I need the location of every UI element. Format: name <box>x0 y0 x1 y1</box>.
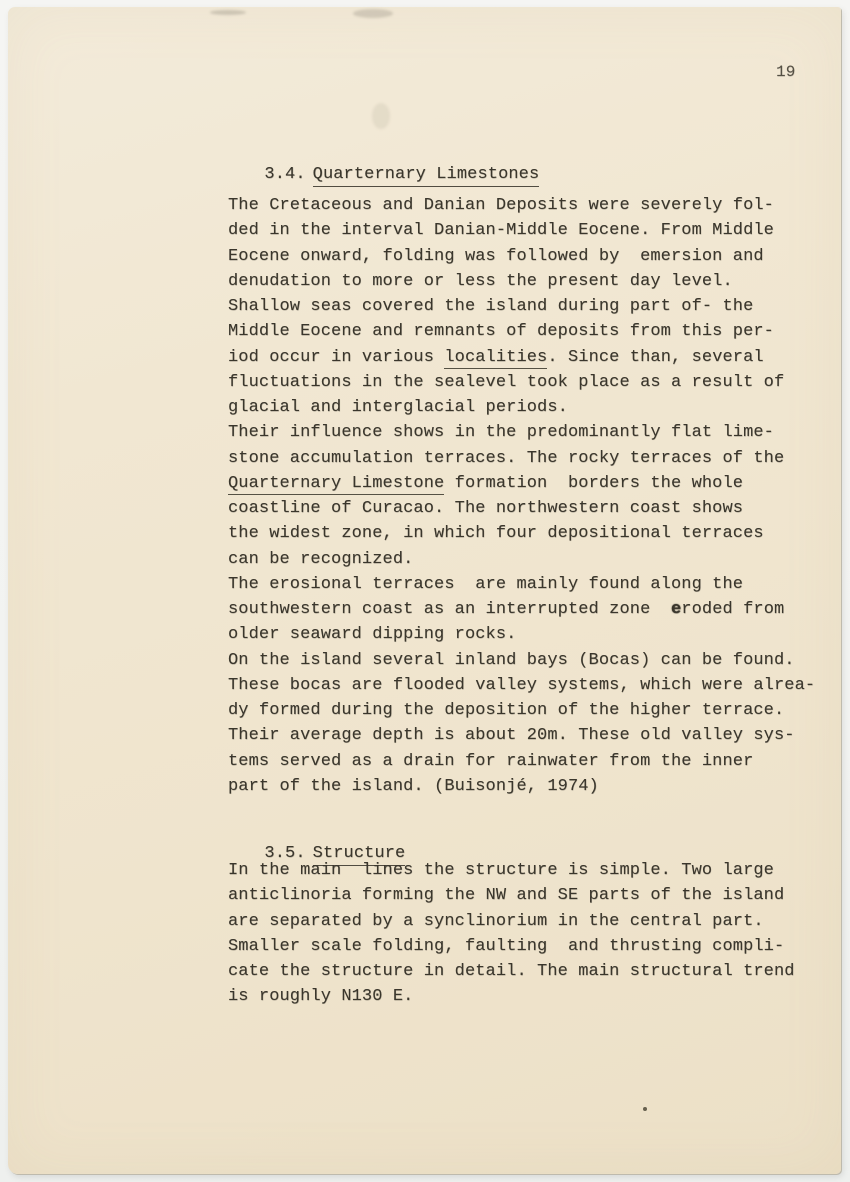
text-line: ded in the interval Danian-Middle Eocene… <box>228 218 815 243</box>
page-number: 19 <box>776 63 795 81</box>
text-line: older seaward dipping rocks. <box>228 622 815 647</box>
ink-speck <box>643 1107 647 1111</box>
text-line: the widest zone, in which four depositio… <box>228 521 815 546</box>
faint-smudge-above-heading <box>372 103 390 129</box>
text-line: Smaller scale folding, faulting and thru… <box>228 934 795 959</box>
pencil-smudge-top-left <box>210 10 246 15</box>
text-line: can be recognized. <box>228 547 815 572</box>
text-line: tems served as a drain for rainwater fro… <box>228 749 815 774</box>
text-line: Quarternary Limestone formation borders … <box>228 471 815 496</box>
text-line: denudation to more or less the present d… <box>228 269 815 294</box>
text-line: Middle Eocene and remnants of deposits f… <box>228 319 815 344</box>
section-number: 3.4. <box>264 165 305 184</box>
text-line: On the island several inland bays (Bocas… <box>228 648 815 673</box>
text-line: coastline of Curacao. The northwestern c… <box>228 496 815 521</box>
section-3-5-body: In the main lines the structure is simpl… <box>228 858 795 1010</box>
text-line: glacial and interglacial periods. <box>228 395 815 420</box>
text-line: southwestern coast as an interrupted zon… <box>228 597 815 622</box>
text-line: stone accumulation terraces. The rocky t… <box>228 446 815 471</box>
pencil-smudge-top-center <box>353 9 393 18</box>
text-line: anticlinoria forming the NW and SE parts… <box>228 883 795 908</box>
text-line: Their average depth is about 20m. These … <box>228 723 815 748</box>
text-line: cate the structure in detail. The main s… <box>228 959 795 984</box>
text-line: Shallow seas covered the island during p… <box>228 294 815 319</box>
text-line: Eocene onward, folding was followed by e… <box>228 244 815 269</box>
section-title: Quarternary Limestones <box>313 165 540 187</box>
text-line: dy formed during the deposition of the h… <box>228 698 815 723</box>
text-line: is roughly N130 E. <box>228 984 795 1009</box>
text-line: part of the island. (Buisonjé, 1974) <box>228 774 815 799</box>
text-line: are separated by a synclinorium in the c… <box>228 909 795 934</box>
text-line: iod occur in various localities. Since t… <box>228 345 815 370</box>
text-line: The erosional terraces are mainly found … <box>228 572 815 597</box>
text-line: In the main lines the structure is simpl… <box>228 858 795 883</box>
scan-background: 19 3.4.Quarternary Limestones The Cretac… <box>0 0 850 1182</box>
text-line: Their influence shows in the predominant… <box>228 420 815 445</box>
text-line: The Cretaceous and Danian Deposits were … <box>228 193 815 218</box>
text-line: These bocas are flooded valley systems, … <box>228 673 815 698</box>
text-line: fluctuations in the sealevel took place … <box>228 370 815 395</box>
section-3-4-body: The Cretaceous and Danian Deposits were … <box>228 193 815 799</box>
document-page: 19 3.4.Quarternary Limestones The Cretac… <box>8 7 841 1174</box>
